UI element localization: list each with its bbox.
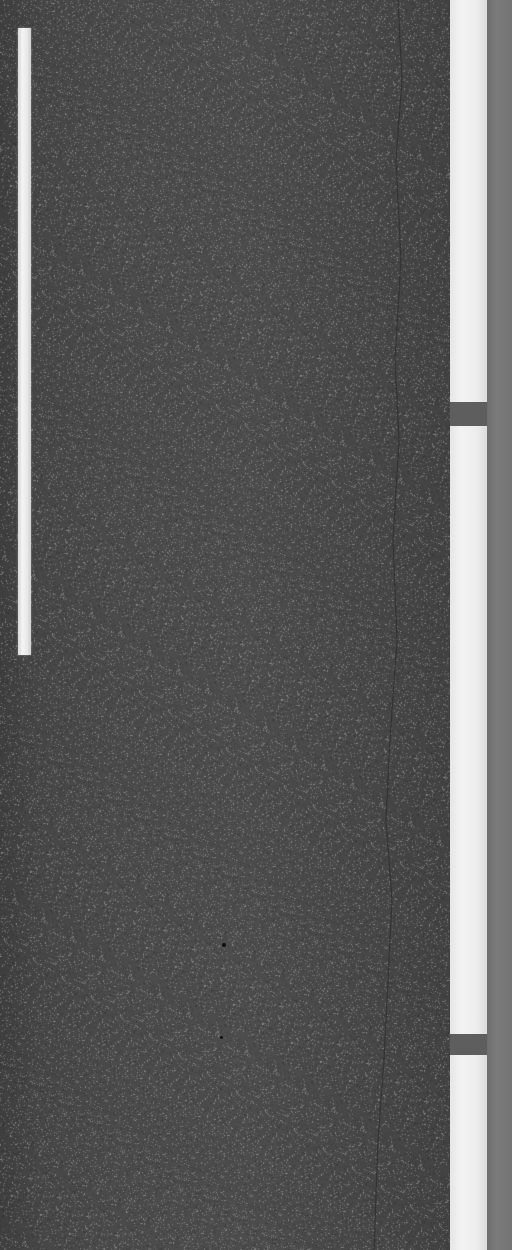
dark-spot: [220, 1036, 223, 1039]
road-scene: [0, 0, 512, 1250]
dark-spot: [222, 943, 226, 947]
pavement-crack: [0, 0, 512, 1250]
